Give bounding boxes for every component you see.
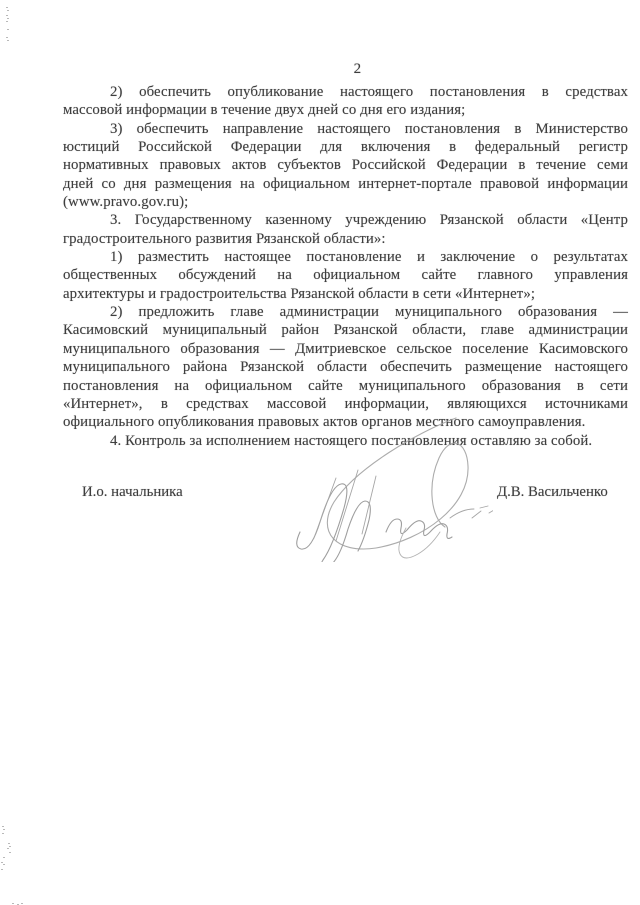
scan-artifact-dot: [6, 7, 8, 8]
paragraph: 2) обеспечить опубликование настоящего п…: [63, 83, 628, 120]
text-line: 3. Государственному казенному учреждению…: [63, 211, 628, 229]
text-line: дней со дня размещения на официальном ин…: [63, 175, 628, 193]
text-line: 2) предложить главе администрации муници…: [63, 303, 628, 321]
scan-artifact-dot: [9, 852, 11, 853]
scan-artifact-dot: [7, 848, 9, 849]
text-line: муниципального образования — Дмитриевско…: [63, 340, 628, 358]
scan-artifact-dot: [6, 15, 8, 16]
scanned-document-page: 2 2) обеспечить опубликование настоящего…: [0, 0, 640, 905]
handwritten-signature-icon: [278, 410, 493, 562]
text-line: Касимовский муниципальный район Рязанско…: [63, 321, 628, 339]
text-line: муниципального района Рязанской области …: [63, 358, 628, 376]
text-line: (www.pravo.gov.ru);: [63, 193, 628, 211]
scan-artifact-dot: [1, 869, 3, 870]
text-line: массовой информации в течение двух дней …: [63, 101, 628, 119]
text-line: градостроительного развития Рязанской об…: [63, 230, 628, 248]
text-line: 2) обеспечить опубликование настоящего п…: [63, 83, 628, 101]
scan-artifact-dot: [2, 826, 4, 827]
text-line: 3) обеспечить направление настоящего пос…: [63, 120, 628, 138]
scan-artifact-dot: [7, 18, 9, 19]
scan-artifact-dot: [8, 843, 10, 844]
scan-artifact-dot: [6, 21, 8, 22]
scan-artifact-dot: [7, 10, 9, 11]
scan-artifact-dot: [2, 833, 4, 834]
scan-artifact-dot: [12, 903, 14, 904]
scan-artifact-dot: [21, 903, 23, 904]
page-number: 2: [63, 61, 640, 78]
signer-name: Д.В. Васильченко: [497, 484, 627, 501]
scan-artifact-dot: [3, 857, 5, 858]
paragraph: 3. Государственному казенному учреждению…: [63, 211, 628, 248]
scan-artifact-dot: [6, 37, 8, 38]
scan-artifact-dot: [1, 862, 3, 863]
text-line: 1) разместить настоящее постановление и …: [63, 248, 628, 266]
document-body: 2) обеспечить опубликование настоящего п…: [63, 83, 628, 450]
paragraph: 3) обеспечить направление настоящего пос…: [63, 120, 628, 212]
text-line: архитектуры и градостроительства Рязанск…: [63, 285, 628, 303]
paragraph: 1) разместить настоящее постановление и …: [63, 248, 628, 303]
text-line: нормативных правовых актов субъектов Рос…: [63, 156, 628, 174]
text-line: юстиций Российской Федерации для включен…: [63, 138, 628, 156]
text-line: постановления на официальном сайте муниц…: [63, 377, 628, 395]
scan-artifact-dot: [3, 829, 5, 830]
scan-artifact-dot: [3, 864, 5, 865]
scan-artifact-dot: [7, 40, 9, 41]
signer-position-title: И.о. начальника: [82, 484, 183, 501]
text-line: общественных обсуждений на официальном с…: [63, 266, 628, 284]
scan-artifact-dot: [7, 29, 9, 30]
scan-artifact-dot: [9, 846, 11, 847]
